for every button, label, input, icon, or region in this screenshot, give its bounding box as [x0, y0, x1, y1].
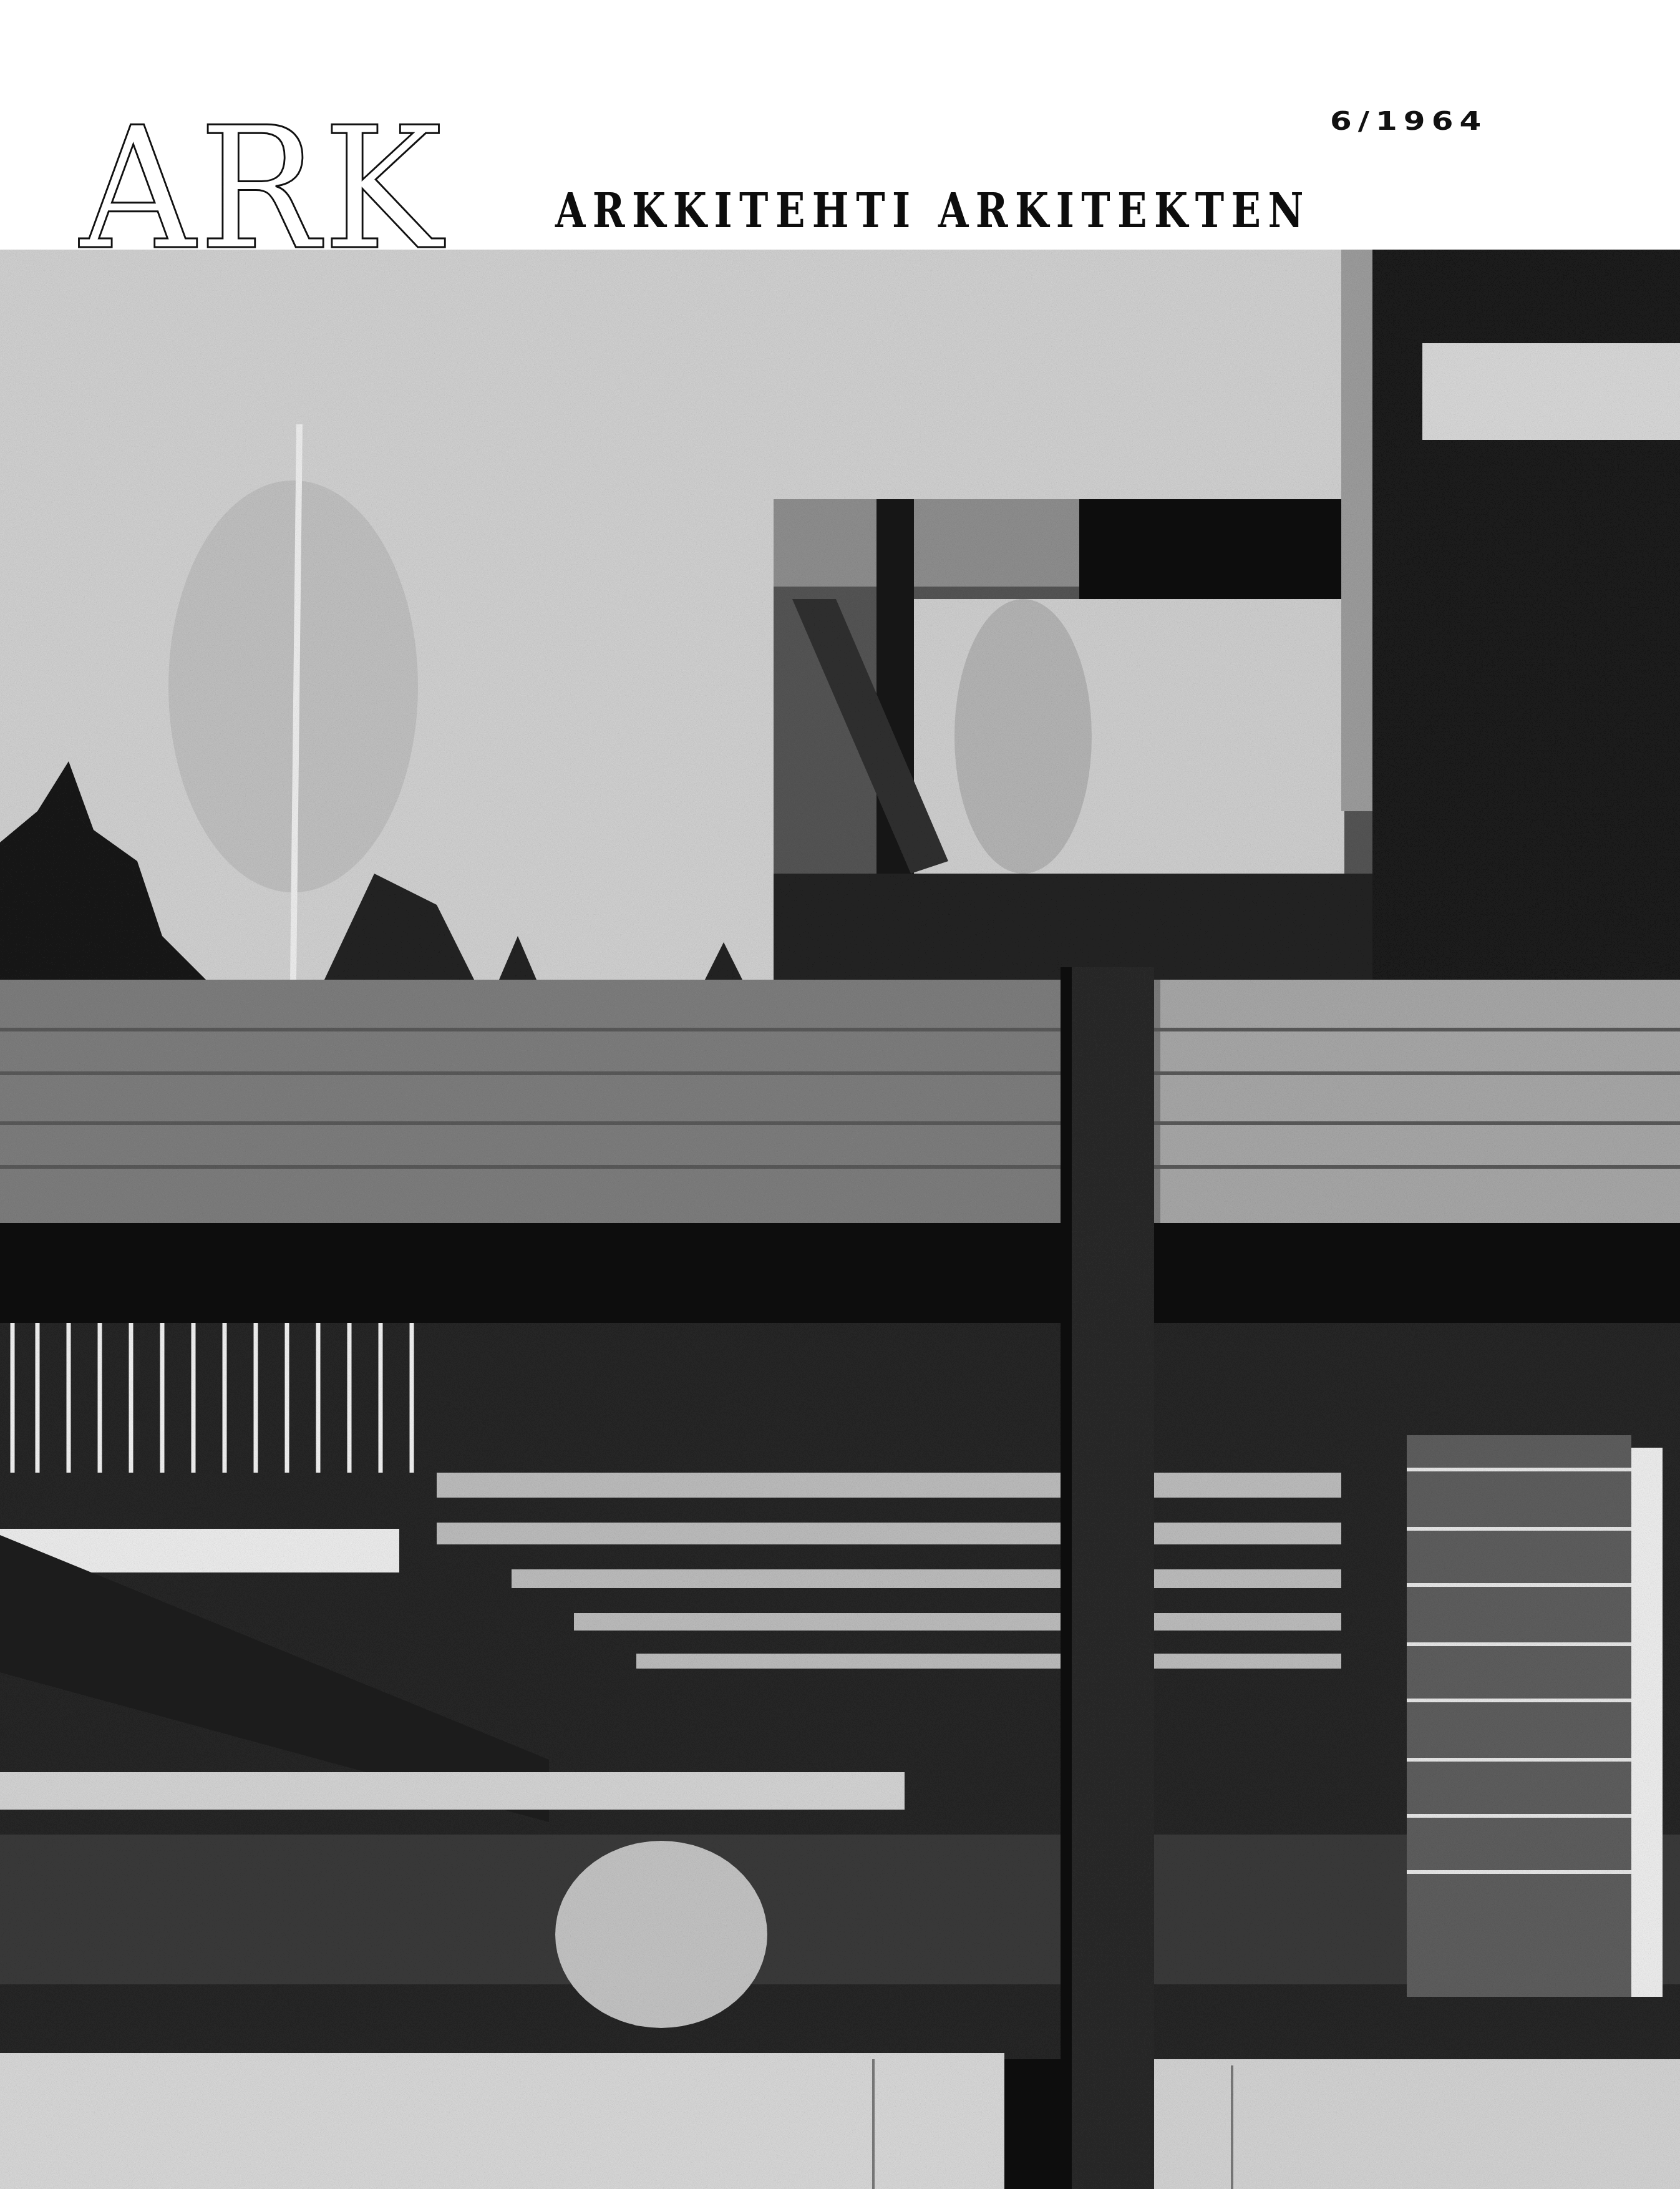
magazine-subtitle: ARKKITEHTI ARKITEKTEN — [555, 187, 1311, 235]
magazine-logo: ARK — [80, 105, 446, 273]
cover-photo — [0, 250, 1680, 2189]
masthead: ARK 6/1964 ARKKITEHTI ARKITEKTEN — [0, 0, 1680, 250]
issue-number: 6/1964 — [1330, 107, 1487, 136]
